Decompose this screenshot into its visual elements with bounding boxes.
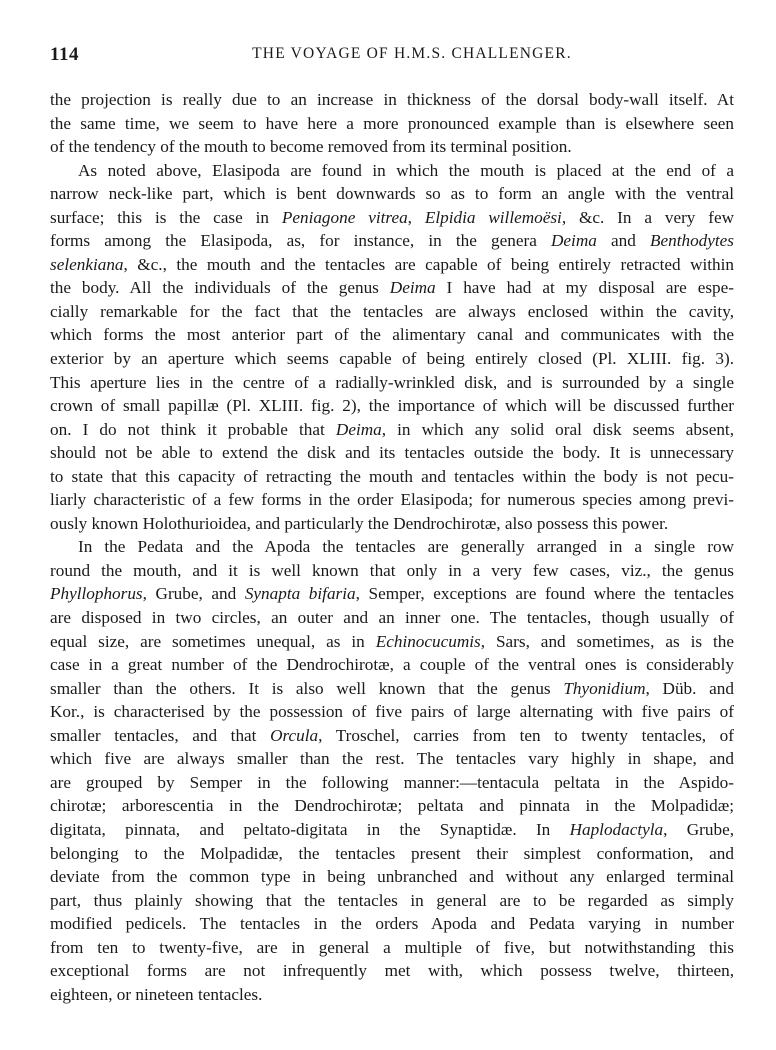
text-segment: , xyxy=(408,208,425,227)
text-segment: exterior by an aperture which seems capa… xyxy=(50,349,734,368)
text-line: In the Pedata and the Apoda the tentacle… xyxy=(50,535,734,559)
italic-taxon-name: Deima xyxy=(336,420,382,439)
text-segment: case in a great number of the Dendrochir… xyxy=(50,655,734,674)
text-segment: crown of small papillæ (Pl. XLIII. fig. … xyxy=(50,396,734,415)
text-line: narrow neck-like part, which is bent dow… xyxy=(50,182,734,206)
text-segment: chirotæ; arborescentia in the Dendrochir… xyxy=(50,796,734,815)
text-segment: exceptional forms are not infrequently m… xyxy=(50,961,734,980)
text-line: digitata, pinnata, and peltato-digitata … xyxy=(50,818,734,842)
text-segment: ously known Holothurioidea, and particul… xyxy=(50,514,668,533)
text-segment: This aperture lies in the centre of a ra… xyxy=(50,373,734,392)
text-line: Kor., is characterised by the possession… xyxy=(50,700,734,724)
italic-taxon-name: Thyonidium xyxy=(563,679,645,698)
italic-taxon-name: Deima xyxy=(551,231,597,250)
paragraph: As noted above, Elasipoda are found in w… xyxy=(50,159,734,536)
text-segment: , Düb. and xyxy=(645,679,734,698)
text-line: modified pedicels. The tentacles in the … xyxy=(50,912,734,936)
text-segment: , Troschel, carries from ten to twenty t… xyxy=(318,726,734,745)
text-line: should not be able to extend the disk an… xyxy=(50,441,734,465)
text-segment: the same time, we seem to have here a mo… xyxy=(50,114,734,133)
text-segment: the projection is really due to an incre… xyxy=(50,90,734,109)
text-line: smaller than the others. It is also well… xyxy=(50,677,734,701)
text-segment: are disposed in two circles, an outer an… xyxy=(50,608,734,627)
italic-taxon-name: Elpidia willemoësi xyxy=(425,208,562,227)
text-line: round the mouth, and it is well known th… xyxy=(50,559,734,583)
text-line: equal size, are sometimes unequal, as in… xyxy=(50,630,734,654)
text-segment: liarly characteristic of a few forms in … xyxy=(50,490,734,509)
text-segment: smaller than the others. It is also well… xyxy=(50,679,563,698)
text-line: As noted above, Elasipoda are found in w… xyxy=(50,159,734,183)
text-segment: surface; this is the case in xyxy=(50,208,282,227)
text-line: are grouped by Semper in the following m… xyxy=(50,771,734,795)
text-line: the same time, we seem to have here a mo… xyxy=(50,112,734,136)
text-segment: round the mouth, and it is well known th… xyxy=(50,561,734,580)
text-segment: to state that this capacity of retractin… xyxy=(50,467,734,486)
italic-taxon-name: Deima xyxy=(390,278,436,297)
text-segment: are grouped by Semper in the following m… xyxy=(50,773,734,792)
text-segment: smaller tentacles, and that xyxy=(50,726,270,745)
text-line: ously known Holothurioidea, and particul… xyxy=(50,512,734,536)
text-segment: and xyxy=(597,231,650,250)
text-segment: , Sars, and sometimes, as is the xyxy=(481,632,734,651)
text-line: from ten to twenty-five, are in general … xyxy=(50,936,734,960)
italic-taxon-name: Echinocucumis xyxy=(376,632,481,651)
text-segment: , Grube, and xyxy=(143,584,245,603)
text-segment: which forms the most anterior part of th… xyxy=(50,325,734,344)
text-line: forms among the Elasipoda, as, for insta… xyxy=(50,229,734,253)
text-line: of the tendency of the mouth to become r… xyxy=(50,135,734,159)
text-segment: modified pedicels. The tentacles in the … xyxy=(50,914,734,933)
text-segment: eighteen, or nineteen tentacles. xyxy=(50,985,262,1004)
text-line: belonging to the Molpadidæ, the tentacle… xyxy=(50,842,734,866)
text-line: eighteen, or nineteen tentacles. xyxy=(50,983,734,1007)
italic-taxon-name: Haplodactyla xyxy=(570,820,664,839)
italic-taxon-name: Phyllophorus xyxy=(50,584,143,603)
text-line: This aperture lies in the centre of a ra… xyxy=(50,371,734,395)
italic-taxon-name: Synapta bifaria xyxy=(245,584,356,603)
paragraph: the projection is really due to an incre… xyxy=(50,88,734,159)
text-line: crown of small papillæ (Pl. XLIII. fig. … xyxy=(50,394,734,418)
text-segment: , Grube, xyxy=(663,820,734,839)
text-line: the body. All the individuals of the gen… xyxy=(50,276,734,300)
text-segment: which five are always smaller than the r… xyxy=(50,749,734,768)
text-segment: from ten to twenty-five, are in general … xyxy=(50,938,734,957)
text-line: chirotæ; arborescentia in the Dendrochir… xyxy=(50,794,734,818)
text-segment: , &c., the mouth and the tentacles are c… xyxy=(124,255,734,274)
text-segment: part, thus plainly showing that the tent… xyxy=(50,891,734,910)
text-line: liarly characteristic of a few forms in … xyxy=(50,488,734,512)
italic-taxon-name: Benthodytes xyxy=(650,231,734,250)
text-segment: As noted above, Elasipoda are found in w… xyxy=(78,161,734,180)
text-line: exterior by an aperture which seems capa… xyxy=(50,347,734,371)
text-line: surface; this is the case in Peniagone v… xyxy=(50,206,734,230)
text-segment: should not be able to extend the disk an… xyxy=(50,443,734,462)
text-segment: on. I do not think it probable that xyxy=(50,420,336,439)
italic-taxon-name: selenkiana xyxy=(50,255,124,274)
text-line: are disposed in two circles, an outer an… xyxy=(50,606,734,630)
text-segment: , &c. In a very few xyxy=(562,208,734,227)
text-line: to state that this capacity of retractin… xyxy=(50,465,734,489)
text-line: selenkiana, &c., the mouth and the tenta… xyxy=(50,253,734,277)
text-segment: narrow neck-like part, which is bent dow… xyxy=(50,184,734,203)
paragraph: In the Pedata and the Apoda the tentacle… xyxy=(50,535,734,1006)
text-segment: cially remarkable for the fact that the … xyxy=(50,302,734,321)
text-segment: the body. All the individuals of the gen… xyxy=(50,278,390,297)
text-line: on. I do not think it probable that Deim… xyxy=(50,418,734,442)
text-segment: belonging to the Molpadidæ, the tentacle… xyxy=(50,844,734,863)
text-segment: , Semper, exceptions are found where the… xyxy=(356,584,734,603)
text-segment: deviate from the common type in being un… xyxy=(50,867,734,886)
text-line: exceptional forms are not infrequently m… xyxy=(50,959,734,983)
text-segment: digitata, pinnata, and peltato-digitata … xyxy=(50,820,570,839)
running-title: THE VOYAGE OF H.M.S. CHALLENGER. xyxy=(50,45,734,63)
text-line: the projection is really due to an incre… xyxy=(50,88,734,112)
text-segment: Kor., is characterised by the possession… xyxy=(50,702,734,721)
text-line: part, thus plainly showing that the tent… xyxy=(50,889,734,913)
text-segment: equal size, are sometimes unequal, as in xyxy=(50,632,376,651)
body-text: the projection is really due to an incre… xyxy=(50,88,734,1006)
text-segment: , in which any solid oral disk seems abs… xyxy=(382,420,734,439)
text-line: which forms the most anterior part of th… xyxy=(50,323,734,347)
italic-taxon-name: Orcula xyxy=(270,726,318,745)
text-segment: forms among the Elasipoda, as, for insta… xyxy=(50,231,551,250)
italic-taxon-name: Peniagone vitrea xyxy=(282,208,408,227)
text-segment: I have had at my disposal are espe- xyxy=(436,278,734,297)
text-line: case in a great number of the Dendrochir… xyxy=(50,653,734,677)
text-segment: of the tendency of the mouth to become r… xyxy=(50,137,572,156)
page-header: 114 THE VOYAGE OF H.M.S. CHALLENGER. xyxy=(50,44,734,74)
text-segment: In the Pedata and the Apoda the tentacle… xyxy=(78,537,734,556)
text-line: cially remarkable for the fact that the … xyxy=(50,300,734,324)
text-line: smaller tentacles, and that Orcula, Tros… xyxy=(50,724,734,748)
text-line: which five are always smaller than the r… xyxy=(50,747,734,771)
text-line: Phyllophorus, Grube, and Synapta bifaria… xyxy=(50,582,734,606)
text-line: deviate from the common type in being un… xyxy=(50,865,734,889)
